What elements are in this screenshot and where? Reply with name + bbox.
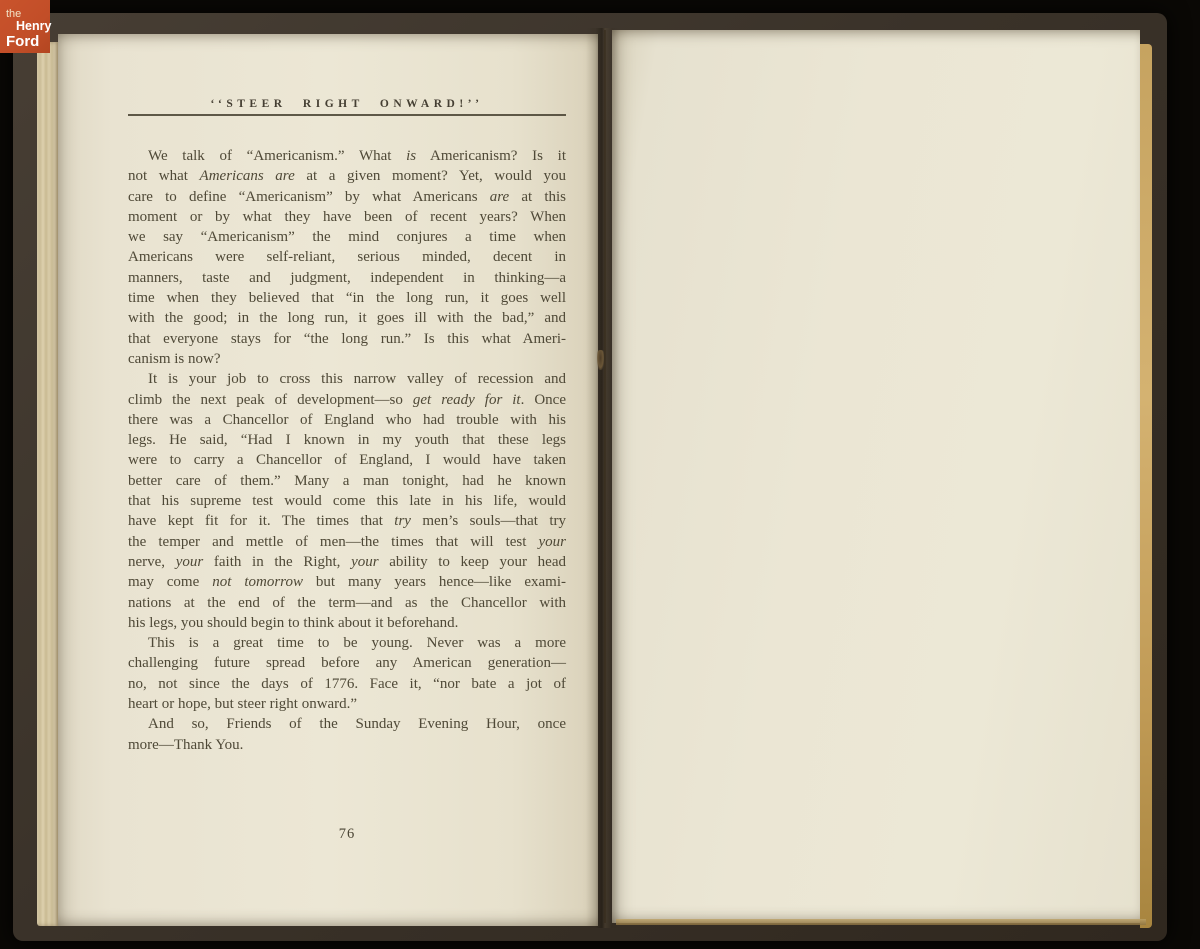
book-gutter <box>586 28 620 928</box>
right-page-fore-edge <box>1140 44 1152 928</box>
book-photo: ‘‘STEER RIGHT ONWARD!’’ We talk of “Amer… <box>0 0 1200 949</box>
page-number: 76 <box>128 826 566 843</box>
text-line: with the good; in the long run, it goes … <box>128 308 566 328</box>
left-page: ‘‘STEER RIGHT ONWARD!’’ We talk of “Amer… <box>58 34 598 926</box>
text-line: more—Thank You. <box>128 735 566 755</box>
gutter-crease <box>604 30 606 923</box>
text-line: manners, taste and judgment, independent… <box>128 268 566 288</box>
right-page <box>612 30 1140 923</box>
paragraph: We talk of “Americanism.” What is Americ… <box>128 146 566 369</box>
text-line: have kept fit for it. The times that try… <box>128 511 566 531</box>
text-line: better care of them.” Many a man tonight… <box>128 471 566 491</box>
text-line: were to carry a Chancellor of England, I… <box>128 450 566 470</box>
running-head: ‘‘STEER RIGHT ONWARD!’’ <box>128 98 566 110</box>
text-line: may come not tomorrow but many years hen… <box>128 572 566 592</box>
henry-ford-logo: the Henry Ford <box>0 0 50 53</box>
text-line: challenging future spread before any Ame… <box>128 653 566 673</box>
text-line: nerve, your faith in the Right, your abi… <box>128 552 566 572</box>
text-line: that everyone stays for “the long run.” … <box>128 329 566 349</box>
text-line: that his supreme test would come this la… <box>128 491 566 511</box>
text-line: there was a Chancellor of England who ha… <box>128 410 566 430</box>
right-page-bottom-edge <box>616 919 1146 925</box>
text-line: nations at the end of the term—and as th… <box>128 593 566 613</box>
paragraph: And so, Friends of the Sunday Evening Ho… <box>128 714 566 755</box>
text-line: we say “Americanism” the mind conjures a… <box>128 227 566 247</box>
paragraph: This is a great time to be young. Never … <box>128 633 566 714</box>
running-head-rule <box>128 114 566 116</box>
logo-word-ford: Ford <box>6 34 39 49</box>
running-head-block: ‘‘STEER RIGHT ONWARD!’’ <box>128 98 566 116</box>
text-line: It is your job to cross this narrow vall… <box>128 369 566 389</box>
text-line: care to define “Americanism” by what Ame… <box>128 187 566 207</box>
text-line: canism is now? <box>128 349 566 369</box>
left-page-edge-stack <box>37 42 59 926</box>
paragraph: It is your job to cross this narrow vall… <box>128 369 566 633</box>
text-line: heart or hope, but steer right onward.” <box>128 694 566 714</box>
logo-word-henry: Henry <box>16 20 51 33</box>
text-line: climb the next peak of development—so ge… <box>128 390 566 410</box>
text-line: the temper and mettle of men—the times t… <box>128 532 566 552</box>
binding-stitch <box>597 350 604 370</box>
text-block: We talk of “Americanism.” What is Americ… <box>128 146 566 755</box>
text-line: his legs, you should begin to think abou… <box>128 613 566 633</box>
text-line: time when they believed that “in the lon… <box>128 288 566 308</box>
text-line: And so, Friends of the Sunday Evening Ho… <box>128 714 566 734</box>
text-line: no, not since the days of 1776. Face it,… <box>128 674 566 694</box>
text-line: This is a great time to be young. Never … <box>128 633 566 653</box>
text-line: not what Americans are at a given moment… <box>128 166 566 186</box>
text-line: We talk of “Americanism.” What is Americ… <box>128 146 566 166</box>
text-line: Americans were self-reliant, serious min… <box>128 247 566 267</box>
text-line: moment or by what they have been of rece… <box>128 207 566 227</box>
text-line: legs. He said, “Had I known in my youth … <box>128 430 566 450</box>
